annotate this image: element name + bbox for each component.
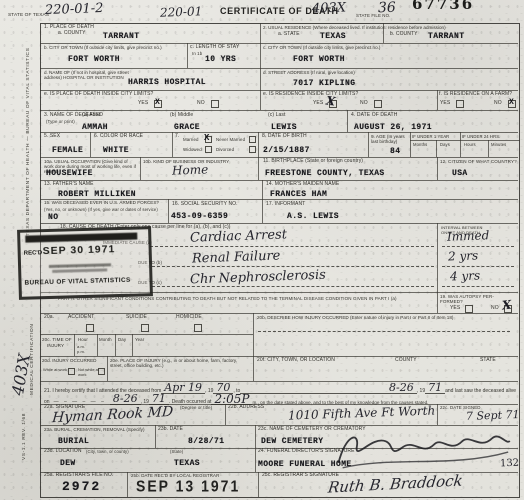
grid-line — [437, 404, 438, 425]
minutes-label: Minutes — [491, 142, 506, 148]
no-label: NO — [360, 101, 368, 107]
never-married-checkbox — [249, 136, 256, 143]
yes-label: YES — [138, 101, 148, 107]
grid-line — [127, 472, 128, 497]
handwritten-code-b: 220-01 — [160, 4, 203, 19]
middle-name-value: GRACE — [174, 123, 200, 132]
certification-line-2: on — – — – — – 8-26 , 19 71 . Death occu… — [44, 394, 516, 405]
burial-value: BURIAL — [58, 437, 89, 446]
accident-label: ACCIDENT — [68, 315, 94, 321]
grid-line — [40, 110, 518, 111]
county-label: a. COUNTY — [58, 31, 86, 37]
last-name-value: LEWIS — [271, 123, 297, 132]
autopsy-no-checkmark: X — [501, 298, 512, 313]
manner-item-label: 20a. — [44, 315, 54, 321]
grid-line — [225, 404, 226, 425]
stamp-illegible-text — [25, 233, 137, 243]
father-name-label: 13. FATHER'S NAME — [44, 182, 94, 188]
stamp-illegible-text — [49, 263, 111, 267]
hour-label: Hour — [78, 337, 88, 343]
grid-line — [172, 132, 173, 157]
grid-line — [132, 334, 133, 356]
grid-line — [437, 223, 438, 313]
residence-inside-city-no-checkbox — [374, 100, 382, 108]
interval-a-value: Immed — [447, 228, 490, 243]
no-label: NO — [197, 101, 205, 107]
stamp-illegible-text — [52, 268, 107, 272]
degree-or-title-label: (Degree or title) — [180, 405, 212, 411]
grid-line — [97, 334, 98, 356]
date-received-stamp: SEP 13 1971 — [136, 477, 240, 495]
homicide-checkbox — [194, 324, 202, 332]
residence-county-label: b. COUNTY — [390, 32, 418, 38]
length-of-stay-sublabel: In 1b — [192, 51, 202, 57]
residence-city-label: c. CITY OR TOWN (If outside city limits,… — [263, 45, 423, 50]
never-married-label: Never Married — [216, 137, 245, 143]
length-of-stay-label: c. LENGTH OF STAY — [190, 45, 239, 51]
residence-on-farm-yes-checkbox — [456, 100, 464, 108]
residence-state-value: TEXAS — [320, 32, 346, 41]
describe-injury-label: 20b. DESCRIBE HOW INJURY OCCURRED (Enter… — [257, 315, 507, 320]
ssn-value: 453-09-6359 — [171, 212, 228, 221]
burial-location-state-sublabel: (State) — [170, 449, 183, 455]
ssn-label: 16. SOCIAL SECURITY NO. — [172, 202, 238, 208]
margin-medical-certification-label: MEDICAL CERTIFICATION — [30, 283, 35, 395]
pm-label: p.m. — [77, 349, 85, 355]
grid-line — [437, 157, 438, 180]
autopsy-yes-checkbox — [465, 305, 473, 313]
city-of-death-value: FORT WORTH — [68, 55, 120, 64]
grid-line — [107, 356, 108, 381]
grid-line — [168, 199, 169, 223]
state-label: STATE OF TEXAS — [8, 13, 49, 19]
grid-line — [74, 334, 75, 356]
accident-checkbox — [86, 324, 94, 332]
street-address-label: d. STREET ADDRESS (If rural, give locati… — [263, 70, 413, 75]
first-name-label: (a) First — [82, 113, 100, 119]
time-of-injury-label-line2: INJURY — [47, 343, 64, 349]
father-name-value: ROBERT MILLIKEN — [58, 190, 136, 199]
residence-state-label: a. STATE — [278, 32, 300, 38]
months-label: Months — [413, 142, 427, 148]
interval-c-line — [442, 286, 514, 287]
informant-value: A.S. LEWIS — [287, 212, 339, 221]
handwritten-code-a: 220-01-2 — [45, 1, 104, 18]
birthplace-value: FREESTONE COUNTY, TEXAS — [265, 169, 385, 178]
registrar-file-no-label: 25a. REGISTRAR'S FILE NO. — [44, 473, 113, 479]
physician-address-label: 22b. ADDRESS — [228, 405, 264, 411]
date-of-death-label: 4. DATE OF DEATH — [351, 113, 397, 119]
first-name-value: AMMAH — [82, 123, 108, 132]
usual-residence-label: 2. USUAL RESIDENCE (Where deceased lived… — [263, 25, 515, 30]
stamp-bureau-label: BUREAU OF VITAL STATISTICS — [24, 277, 130, 287]
injury-city-label: 20f. CITY, TOWN, OR LOCATION — [257, 358, 335, 364]
signature-number-note: 132 — [500, 458, 519, 470]
cause-b-line — [152, 266, 434, 267]
yes-label: YES — [450, 306, 460, 312]
age-label: 9. AGE (In years last birthday) — [371, 134, 407, 144]
grid-line — [258, 132, 259, 157]
cause-c-line — [152, 286, 434, 287]
residence-inside-city-label: e. IS RESIDENCE INSIDE CITY LIMITS? — [263, 92, 358, 98]
cert-last-alive-value: 8-26 — [110, 394, 141, 405]
grid-line — [40, 313, 518, 314]
interval-b-value: 2 yrs — [448, 248, 479, 263]
grid-line — [253, 356, 254, 381]
grid-line — [187, 43, 188, 68]
grid-line — [40, 43, 518, 44]
while-at-work-label: While at work — [43, 367, 69, 372]
registrar-signature-label: 25c. REGISTRAR'S SIGNATURE — [262, 473, 339, 479]
hospital-value: HARRIS HOSPITAL — [128, 78, 206, 87]
armed-forces-label: 15. WAS DECEASED EVER IN U.S. ARMED FORC… — [44, 200, 166, 205]
not-while-at-work-checkbox — [98, 368, 105, 375]
grid-line — [90, 132, 91, 157]
residence-on-farm-no-checkmark: X — [509, 98, 514, 107]
grid-line — [253, 313, 254, 356]
homicide-label: HOMICIDE — [176, 315, 202, 321]
hours-label: Hours — [464, 142, 476, 148]
burial-location-city-value: DEW — [60, 459, 76, 468]
cert-attended-from-value: Apr 19 — [161, 383, 205, 394]
citizen-label: 12. CITIZEN OF WHAT COUNTRY? — [440, 159, 517, 165]
part2-label: PART II. OTHER SIGNIFICANT CONDITIONS CO… — [58, 296, 397, 302]
registrar-file-no-value: 2972 — [62, 479, 101, 494]
business-value: Home — [172, 162, 209, 177]
cert-text: , 19 — [141, 399, 149, 405]
grid-line — [258, 157, 259, 180]
grid-line — [488, 140, 489, 157]
sex-value: FEMALE — [52, 146, 83, 155]
armed-forces-value: NO — [48, 213, 58, 222]
time-of-injury-label-line1: 20c. TIME OF — [42, 337, 72, 343]
under-24-hrs-label: IF UNDER 24 HRS. — [462, 134, 500, 140]
date-of-death-value: AUGUST 26, 1971 — [354, 123, 432, 132]
married-checkmark: X — [204, 133, 209, 143]
length-of-stay-value: 10 YRS — [205, 55, 236, 64]
burial-date-label: 23b. DATE — [158, 427, 183, 433]
grid-line — [347, 110, 348, 132]
occupation-value: HOUSEWIFE — [46, 169, 93, 178]
burial-location-city-sublabel: (City, town, or county) — [86, 449, 129, 455]
death-inside-city-yes-checkmark: X — [155, 98, 160, 107]
marital-item-label: 7. — [175, 134, 179, 140]
cemetery-value: DEW CEMETERY — [261, 437, 323, 446]
cause-b-value: Renal Failure — [192, 248, 281, 266]
residence-county-value: TARRANT — [428, 32, 464, 41]
city-of-death-label: b. CITY OR TOWN (If outside city limits,… — [44, 45, 184, 50]
grid-line — [262, 180, 263, 199]
suicide-label: SUICIDE — [126, 315, 147, 321]
cert-attended-to-value: 8-26 — [386, 383, 417, 394]
date-of-birth-value: 2/15/1887 — [263, 146, 310, 155]
birthplace-label: 11. BIRTHPLACE (State or foreign country… — [263, 159, 363, 165]
grid-line — [155, 425, 156, 448]
while-at-work-checkbox — [68, 368, 75, 375]
grid-line — [40, 68, 518, 69]
mother-name-label: 14. MOTHER'S MAIDEN NAME — [266, 182, 339, 188]
year-label: Year — [135, 337, 144, 343]
yes-label: YES — [440, 101, 450, 107]
grid-line — [40, 334, 253, 335]
residence-on-farm-label: f. IS RESIDENCE ON A FARM? — [439, 92, 512, 98]
day-label: Day — [118, 337, 126, 343]
burial-location-label: 23d. LOCATION — [44, 449, 82, 455]
widowed-checkbox — [205, 146, 212, 153]
interval-a-line — [442, 246, 514, 247]
bureau-received-stamp: REC'D SEP 30 1971 BUREAU OF VITAL STATIS… — [17, 226, 153, 300]
grid-line — [260, 23, 261, 110]
days-label: Days — [440, 142, 450, 148]
burial-date-value: 8/28/71 — [188, 437, 224, 446]
county-value: TARRANT — [103, 32, 139, 41]
stamp-recd-label: REC'D — [24, 250, 43, 257]
stamp-received-date: SEP 30 1971 — [42, 243, 115, 257]
autopsy-label-line2: FORMED? — [440, 299, 463, 305]
death-inside-city-label: e. IS PLACE OF DEATH INSIDE CITY LIMITS? — [44, 92, 153, 98]
grid-line — [460, 132, 461, 157]
grid-line — [368, 132, 369, 157]
handwritten-file-prefix: 36 — [378, 0, 396, 16]
death-certificate-scan: STATE OF TEXAS 220-01-2 220-01 CERTIFICA… — [0, 0, 524, 500]
describe-injury-line — [258, 331, 510, 332]
widowed-label: Widowed — [183, 147, 202, 153]
grid-line — [410, 132, 411, 157]
sex-label: 5. SEX — [44, 134, 60, 140]
street-address-value: 7017 KIPLING — [293, 79, 355, 88]
citizen-value: USA — [452, 169, 468, 178]
death-inside-city-no-checkbox — [211, 100, 219, 108]
informant-label: 17. INFORMANT — [266, 202, 305, 208]
injury-occurred-label: 20d. INJURY OCCURRED — [42, 358, 104, 363]
age-value: 84 — [390, 147, 400, 156]
interval-b-line — [442, 266, 514, 267]
under-1-year-label: IF UNDER 1 YEAR — [412, 134, 449, 140]
grid-line — [437, 90, 438, 110]
grid-line — [140, 157, 141, 180]
name-of-deceased-sublabel: (Type or print) — [46, 119, 75, 125]
middle-name-label: (b) Middle — [170, 113, 193, 119]
injury-state-label: STATE — [480, 358, 496, 364]
divorced-label: Divorced — [216, 147, 234, 153]
interval-c-value: 4 yrs — [450, 268, 481, 283]
handwritten-code-c: 403X — [312, 0, 347, 16]
grid-line — [255, 425, 256, 472]
date-of-birth-label: 8. DATE OF BIRTH — [262, 134, 307, 140]
suicide-checkbox — [141, 324, 149, 332]
residence-inside-city-yes-checkmark: X — [325, 93, 336, 108]
grid-line — [115, 334, 116, 356]
margin-department-label: TEXAS DEPARTMENT OF HEALTH — BUREAU OF V… — [26, 58, 31, 236]
divorced-checkbox — [249, 146, 256, 153]
cert-to-year-value: 71 — [425, 383, 445, 394]
mother-name-value: FRANCES HAM — [270, 190, 327, 199]
grid-line — [258, 472, 259, 497]
married-label: Married — [183, 137, 199, 143]
grid-line — [436, 140, 437, 157]
burial-location-state-value: TEXAS — [174, 459, 200, 468]
grid-line — [410, 140, 520, 141]
last-name-label: (c) Last — [268, 113, 285, 119]
race-value: WHITE — [103, 146, 129, 155]
hospital-label: d. NAME OF (If not in hospital, give str… — [44, 70, 129, 80]
month-label: Month — [99, 337, 112, 343]
grid-line — [262, 199, 263, 223]
cause-a-line — [150, 246, 434, 247]
armed-forces-sublabel: (Yes, no, or unknown) (If yes, give war … — [44, 207, 158, 213]
state-file-number: 67736 — [412, 2, 474, 8]
injury-county-label: COUNTY — [395, 358, 417, 364]
place-of-injury-label: 20e. PLACE OF INJURY (e.g., in or about … — [110, 358, 250, 368]
no-label: NO — [491, 306, 499, 312]
residence-city-value: FORT WORTH — [293, 55, 345, 64]
race-label: 6. COLOR OR RACE — [94, 134, 143, 140]
burial-label: 23a. BURIAL, CREMATION, REMOVAL (Specify… — [44, 427, 149, 432]
no-label: NO — [494, 101, 502, 107]
funeral-director-signature — [331, 421, 515, 475]
yes-label: YES — [313, 101, 323, 107]
